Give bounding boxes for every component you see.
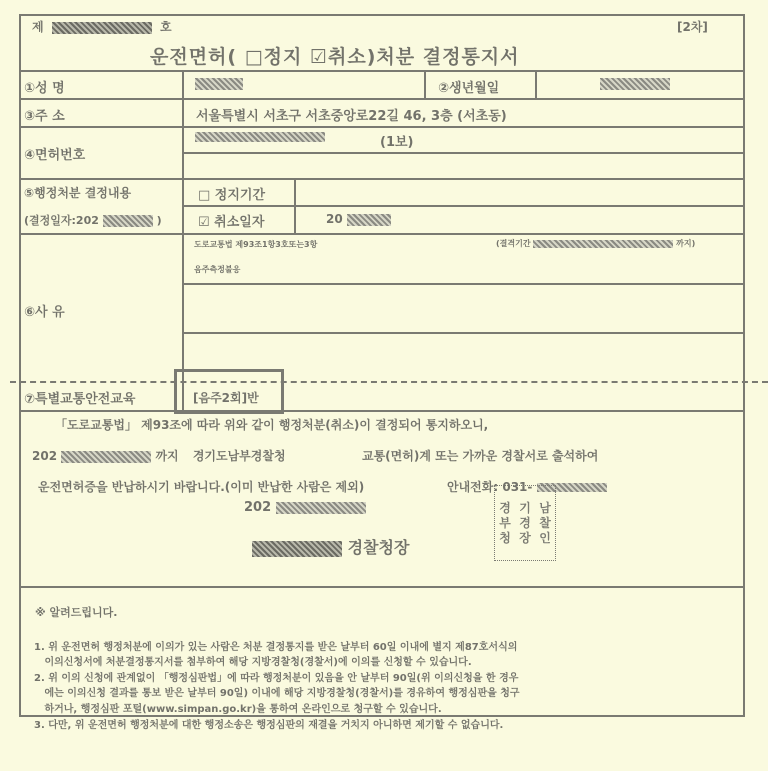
disqualification-period: (결격기간 까지) [496,238,695,249]
reason-detail: 음주측정불응 [194,264,240,275]
redacted-cancellation-date [347,214,391,226]
cancellation-option: ☑ 취소일자 [198,211,264,230]
notice-line-2-rest: 교통(면허)계 또는 가까운 경찰서로 출석하여 [362,447,598,464]
decision-label: ⑤행정처분 결정내용 [24,184,131,201]
info-item: 2. 위 이의 신청에 관계없이 「행정심판법」에 따라 행정처분이 있음을 안… [34,671,520,687]
issuer: 경찰청장 [252,535,409,558]
seal-char: 경 [515,516,535,531]
redacted-disqualification-dates [533,240,673,248]
cancellation-date: 20 [326,212,391,226]
reason-label: ⑥사 유 [24,301,65,320]
redacted-birthdate [600,78,670,90]
document-title: 운전면허( □정지 ☑취소)처분 결정통지서 [150,42,520,69]
redacted-number [52,22,152,34]
disqualification-suffix: 까지) [676,239,695,248]
issue-date-prefix: 202 [244,500,271,515]
seal-char: 경 [495,501,515,516]
reason-law: 도로교통법 제93조1항3호또는3항 [194,239,317,250]
number-prefix: 제 [32,20,44,34]
redacted-issue-date [276,502,366,514]
info-item: 3. 다만, 위 운전면허 행정처분에 대한 행정소송은 행정심판의 재결을 거… [34,718,520,734]
notice-line-3: 운전면허증을 반납하시기 바랍니다.(이미 반납한 사람은 제외) [38,478,364,495]
info-item: 하거나, 행정심판 포털(www.simpan.go.kr)을 통하여 온라인으… [34,702,520,718]
redacted-decision-date [103,215,153,227]
address-value: 서울특별시 서초구 서초중앙로22길 46, 3층 (서초동) [196,105,507,124]
decision-date: (결정일자:202 ) [24,212,162,228]
name-label: ①성 명 [24,77,65,96]
notice-until: 까지 [155,449,178,463]
seal-char: 기 [515,501,535,516]
seal-char: 장 [515,531,535,546]
notice-line-1: 「도로교통법」 제93조에 따라 위와 같이 행정처분(취소)이 결정되어 통지… [55,416,488,433]
info-list: 1. 위 운전면허 행정처분에 이의가 있는 사람은 처분 결정통지를 받은 날… [34,624,520,749]
seal-char: 찰 [535,516,555,531]
license-label: ④면허번호 [24,144,85,163]
info-item: 이의신청서에 처분결정통지서를 첨부하여 해당 지방경찰청(경찰서)에 이의를 … [34,655,520,671]
suspension-option: □ 정지기간 [198,184,265,203]
redacted-license-number [195,132,325,142]
license-type: (1보) [380,131,414,150]
info-heading: ※ 알려드립니다. [35,604,117,620]
notice-line-2: 202 까지 경기도남부경찰청 [32,447,286,464]
info-item: 1. 위 운전면허 행정처분에 이의가 있는 사람은 처분 결정통지를 받은 날… [34,640,520,656]
education-label: ⑦특별교통안전교육 [24,388,135,407]
education-value: [음주2회]반 [193,389,259,406]
info-item: 에는 이의신청 결과를 통보 받은 날부터 90일) 이내에 해당 지방경찰청(… [34,686,520,702]
seal-char: 남 [535,501,555,516]
notice-office: 경기도남부경찰청 [193,449,286,463]
notice-date-prefix: 202 [32,449,57,463]
decision-date-close: ) [157,214,162,227]
copy-label: [2차] [677,18,708,35]
redacted-name [195,78,243,90]
decision-date-label: (결정일자:202 [24,214,99,227]
issuer-title: 경찰청장 [348,538,410,557]
seal-char: 부 [495,516,515,531]
official-seal-stamp: 경 기 남 부 경 찰 청 장 인 [494,485,556,561]
number-suffix: 호 [160,20,172,34]
cancellation-date-prefix: 20 [326,212,343,226]
document-number: 제 호 [32,18,172,35]
address-label: ③주 소 [24,105,65,124]
seal-char: 청 [495,531,515,546]
birth-label: ②생년월일 [438,77,499,96]
redacted-issuer-region [252,541,342,557]
seal-char: 인 [535,531,555,546]
issue-date: 202 [244,500,366,515]
disqualification-prefix: (결격기간 [496,239,531,248]
redacted-deadline [61,451,151,463]
